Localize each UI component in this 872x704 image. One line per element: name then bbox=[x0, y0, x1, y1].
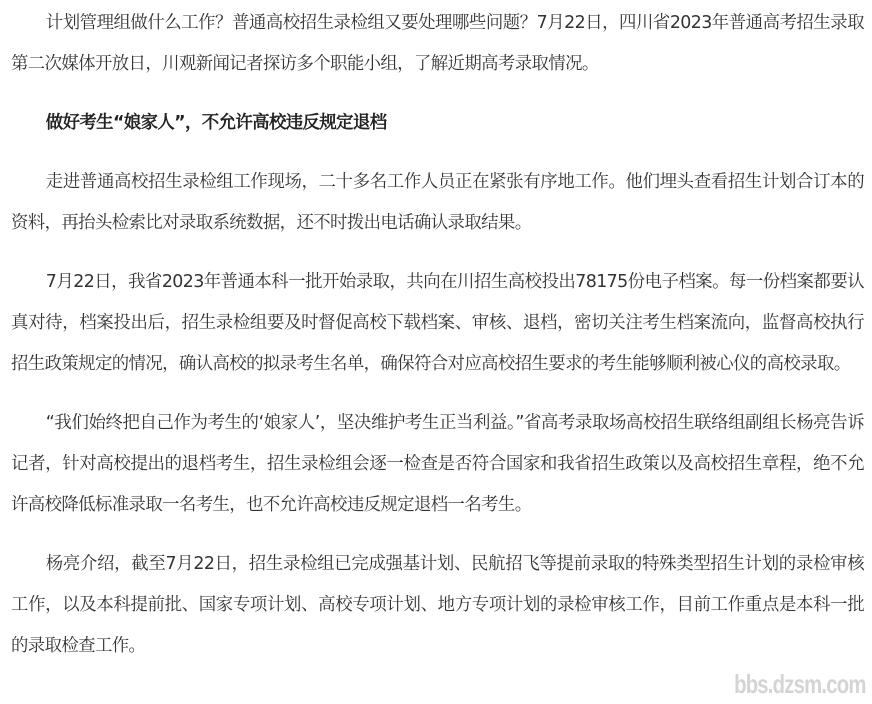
site-watermark: bbs.dzsm.com bbox=[734, 669, 866, 700]
paragraph-progress: 杨亮介绍，截至7月22日，招生录检组已完成强基计划、民航招飞等提前录取的特殊类型… bbox=[11, 544, 864, 667]
paragraph-quote: “我们始终把自己作为考生的‘娘家人’，坚决维护考生正当利益。”省高考录取场高校招… bbox=[11, 403, 864, 526]
paragraph-intro: 计划管理组做什么工作？普通高校招生录检组又要处理哪些问题？7月22日，四川省20… bbox=[11, 3, 864, 85]
paragraph-admission-start: 7月22日，我省2023年普通本科一批开始录取，共向在川招生高校投出78175份… bbox=[11, 262, 864, 385]
article-body: 计划管理组做什么工作？普通高校招生录检组又要处理哪些问题？7月22日，四川省20… bbox=[11, 3, 864, 685]
section-heading: 做好考生“娘家人”，不允许高校违反规定退档 bbox=[11, 103, 864, 144]
paragraph-workplace: 走进普通高校招生录检组工作现场，二十多名工作人员正在紧张有序地工作。他们埋头查看… bbox=[11, 162, 864, 244]
